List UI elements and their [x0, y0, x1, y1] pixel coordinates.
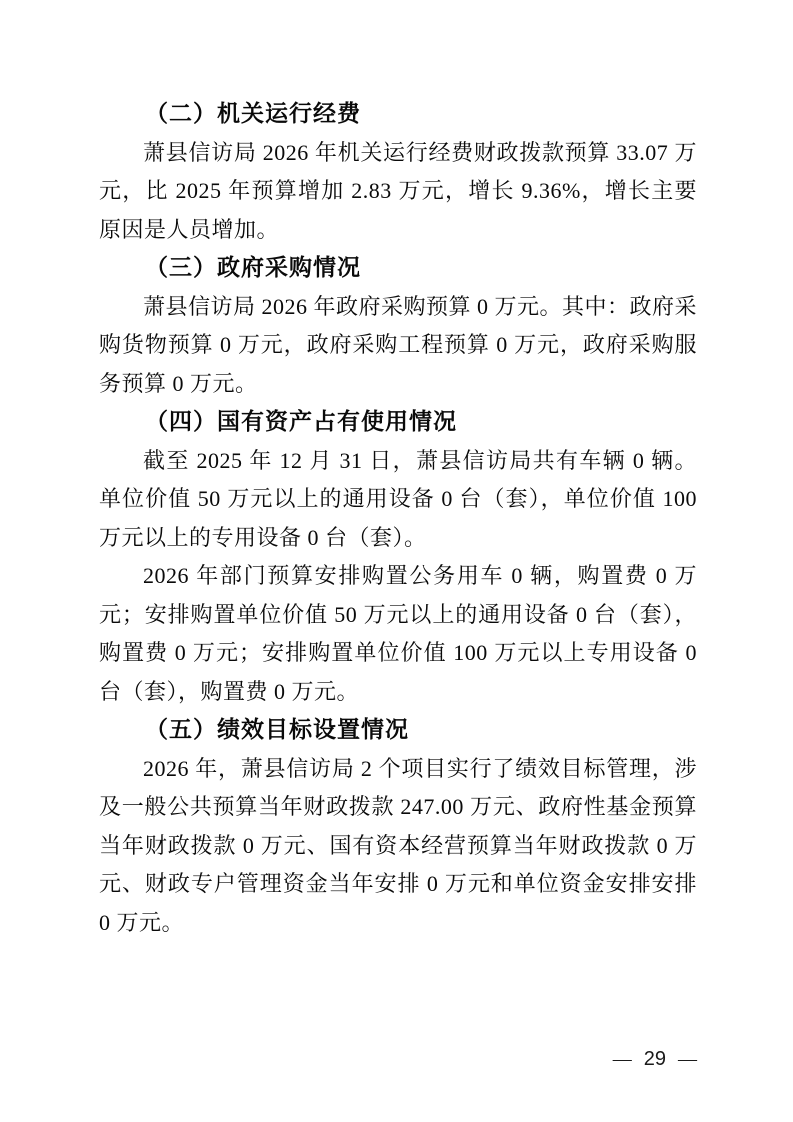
footer-dash-right: —: [678, 1047, 697, 1073]
page-number: 29: [644, 1046, 666, 1072]
paragraph: 2026 年，萧县信访局 2 个项目实行了绩效目标管理，涉及一般公共预算当年财政…: [99, 750, 697, 943]
section-agency-operating-expenses: （二）机关运行经费 萧县信访局 2026 年机关运行经费财政拨款预算 33.07…: [99, 95, 697, 249]
document-page: （二）机关运行经费 萧县信访局 2026 年机关运行经费财政拨款预算 33.07…: [0, 0, 793, 1122]
document-content: （二）机关运行经费 萧县信访局 2026 年机关运行经费财政拨款预算 33.07…: [99, 95, 697, 942]
footer-dash-left: —: [613, 1047, 632, 1073]
paragraph: 2026 年部门预算安排购置公务用车 0 辆，购置费 0 万元；安排购置单位价值…: [99, 557, 697, 711]
section-heading: （二）机关运行经费: [99, 95, 697, 134]
paragraph: 萧县信访局 2026 年机关运行经费财政拨款预算 33.07 万元，比 2025…: [99, 134, 697, 250]
section-performance-targets: （五）绩效目标设置情况 2026 年，萧县信访局 2 个项目实行了绩效目标管理，…: [99, 711, 697, 942]
section-heading: （五）绩效目标设置情况: [99, 711, 697, 750]
section-heading: （四）国有资产占有使用情况: [99, 403, 697, 442]
paragraph: 萧县信访局 2026 年政府采购预算 0 万元。其中：政府采购货物预算 0 万元…: [99, 288, 697, 404]
section-heading: （三）政府采购情况: [99, 249, 697, 288]
page-footer: —29—: [613, 1046, 697, 1073]
paragraph: 截至 2025 年 12 月 31 日，萧县信访局共有车辆 0 辆。单位价值 5…: [99, 442, 697, 558]
section-state-owned-assets: （四）国有资产占有使用情况 截至 2025 年 12 月 31 日，萧县信访局共…: [99, 403, 697, 711]
section-government-procurement: （三）政府采购情况 萧县信访局 2026 年政府采购预算 0 万元。其中：政府采…: [99, 249, 697, 403]
